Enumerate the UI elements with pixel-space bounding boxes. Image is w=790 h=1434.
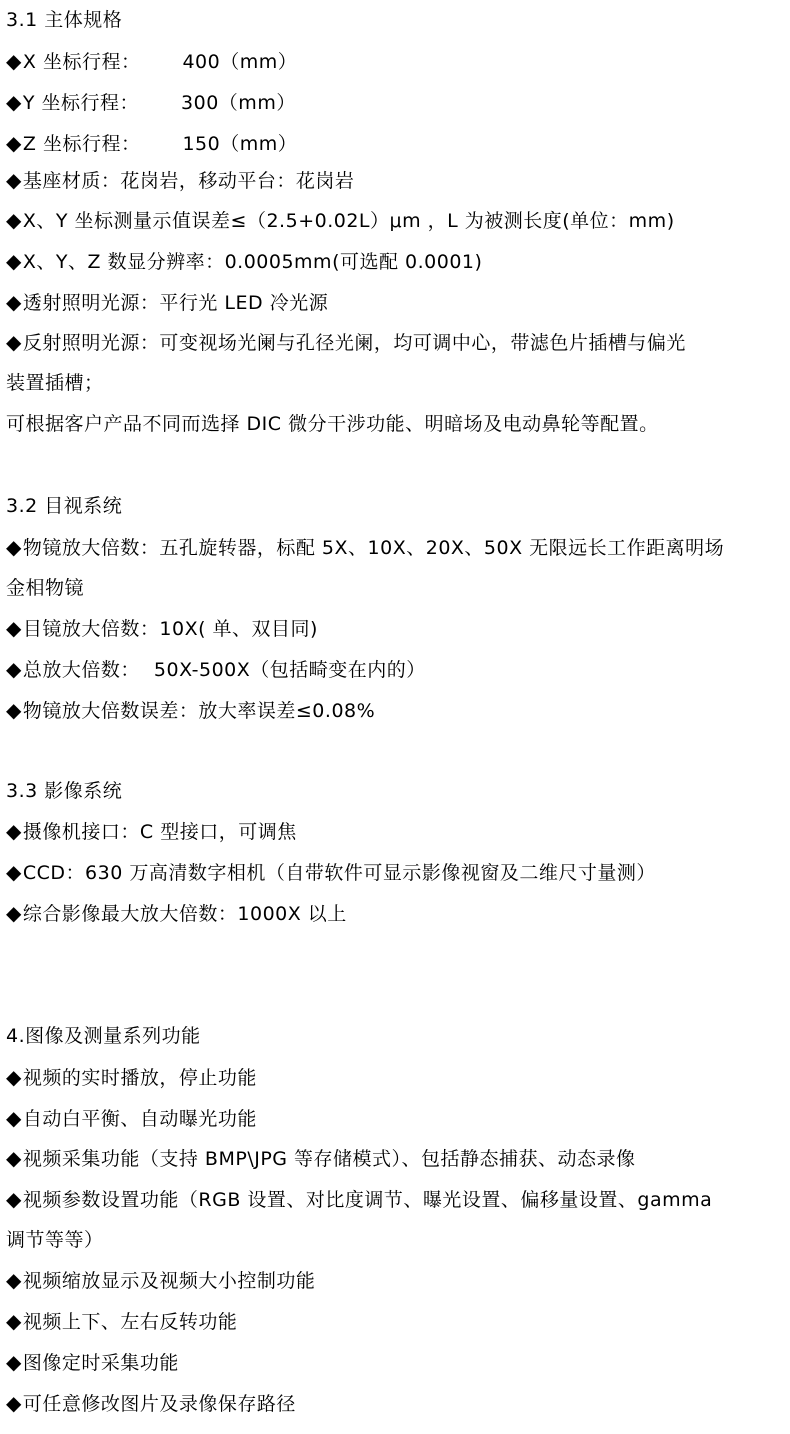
- feature-text: 图像定时采集功能: [23, 1352, 179, 1374]
- diamond-bullet-icon: ◆: [6, 88, 22, 116]
- diamond-bullet-icon: ◆: [6, 166, 22, 194]
- diamond-bullet-icon: ◆: [6, 533, 22, 561]
- feature-item-video-parameters-continuation: 调节等等）: [6, 1226, 104, 1254]
- feature-item-live-playback: ◆视频的实时播放，停止功能: [6, 1063, 257, 1091]
- spec-text: 目镜放大倍数：10X( 单、双目同): [23, 618, 318, 640]
- spec-item-eyepiece-magnification: ◆目镜放大倍数：10X( 单、双目同): [6, 614, 318, 642]
- spec-item-resolution: ◆X、Y、Z 数显分辨率：0.0005mm(可选配 0.0001): [6, 247, 482, 275]
- spec-text: X、Y、Z 数显分辨率：0.0005mm(可选配 0.0001): [23, 251, 483, 273]
- section-title-3-3: 3.3 影像系统: [6, 777, 122, 805]
- feature-item-video-flip: ◆视频上下、左右反转功能: [6, 1307, 237, 1335]
- spec-item-x-travel: ◆X 坐标行程：400（mm）: [6, 47, 297, 75]
- spec-text: 反射照明光源：可变视场光阑与孔径光阑，均可调中心，带滤色片插槽与偏光: [23, 332, 686, 354]
- spec-item-reflected-light: ◆反射照明光源：可变视场光阑与孔径光阑，均可调中心，带滤色片插槽与偏光: [6, 328, 686, 356]
- section-note-3-1: 可根据客户产品不同而选择 DIC 微分干涉功能、明暗场及电动鼻轮等配置。: [6, 410, 659, 438]
- spec-value: 150（mm）: [182, 133, 297, 155]
- feature-text: 视频上下、左右反转功能: [23, 1311, 238, 1333]
- spec-text: 透射照明光源：平行光 LED 冷光源: [23, 292, 328, 314]
- section-title-4: 4.图像及测量系列功能: [6, 1022, 201, 1050]
- feature-text: 视频参数设置功能（RGB 设置、对比度调节、曝光设置、偏移量设置、gamma: [23, 1189, 712, 1211]
- diamond-bullet-icon: ◆: [6, 1389, 22, 1417]
- spec-label: Z 坐标行程：: [23, 133, 141, 155]
- spec-item-objective-magnification-continuation: 金相物镜: [6, 574, 84, 602]
- spec-item-z-travel: ◆Z 坐标行程：150（mm）: [6, 129, 297, 157]
- feature-text: 可任意修改图片及录像保存路径: [23, 1393, 296, 1415]
- spec-item-base-material: ◆基座材质：花岗岩，移动平台：花岗岩: [6, 166, 354, 194]
- feature-text: 自动白平衡、自动曝光功能: [23, 1108, 257, 1130]
- spec-item-total-magnification: ◆总放大倍数：50X-500X（包括畸变在内的）: [6, 655, 426, 683]
- diamond-bullet-icon: ◆: [6, 1185, 22, 1213]
- diamond-bullet-icon: ◆: [6, 129, 22, 157]
- spec-item-ccd: ◆CCD：630 万高清数字相机（自带软件可显示影像视窗及二维尺寸量测）: [6, 858, 656, 886]
- spec-item-magnification-error: ◆物镜放大倍数误差：放大率误差≤0.08%: [6, 696, 375, 724]
- spec-item-objective-magnification: ◆物镜放大倍数：五孔旋转器，标配 5X、10X、20X、50X 无限远长工作距离…: [6, 533, 724, 561]
- feature-item-video-capture: ◆视频采集功能（支持 BMP\JPG 等存储模式）、包括静态捕获、动态录像: [6, 1144, 636, 1172]
- feature-text: 视频采集功能（支持 BMP\JPG 等存储模式）、包括静态捕获、动态录像: [23, 1148, 636, 1170]
- diamond-bullet-icon: ◆: [6, 247, 22, 275]
- diamond-bullet-icon: ◆: [6, 817, 22, 845]
- spec-text: X、Y 坐标测量示值误差≤（2.5+0.02L）μm ，L 为被测长度(单位：m…: [23, 210, 675, 232]
- diamond-bullet-icon: ◆: [6, 288, 22, 316]
- diamond-bullet-icon: ◆: [6, 1144, 22, 1172]
- spec-label: 总放大倍数：: [23, 659, 140, 681]
- feature-item-auto-white-balance: ◆自动白平衡、自动曝光功能: [6, 1104, 257, 1132]
- diamond-bullet-icon: ◆: [6, 696, 22, 724]
- spec-text: 物镜放大倍数：五孔旋转器，标配 5X、10X、20X、50X 无限远长工作距离明…: [23, 537, 724, 559]
- feature-item-timed-capture: ◆图像定时采集功能: [6, 1348, 179, 1376]
- spec-value: 400（mm）: [182, 51, 297, 73]
- feature-text: 视频的实时播放，停止功能: [23, 1067, 257, 1089]
- spec-text: 综合影像最大放大倍数：1000X 以上: [23, 903, 347, 925]
- spec-item-xy-error: ◆X、Y 坐标测量示值误差≤（2.5+0.02L）μm ，L 为被测长度(单位：…: [6, 206, 675, 234]
- diamond-bullet-icon: ◆: [6, 614, 22, 642]
- spec-label: X 坐标行程：: [23, 51, 141, 73]
- diamond-bullet-icon: ◆: [6, 1063, 22, 1091]
- spec-text: 物镜放大倍数误差：放大率误差≤0.08%: [23, 700, 375, 722]
- feature-item-video-zoom: ◆视频缩放显示及视频大小控制功能: [6, 1266, 315, 1294]
- diamond-bullet-icon: ◆: [6, 328, 22, 356]
- feature-text: 视频缩放显示及视频大小控制功能: [23, 1270, 316, 1292]
- diamond-bullet-icon: ◆: [6, 1266, 22, 1294]
- diamond-bullet-icon: ◆: [6, 655, 22, 683]
- spec-item-reflected-light-continuation: 装置插槽；: [6, 369, 104, 397]
- section-title-3-2: 3.2 目视系统: [6, 492, 122, 520]
- spec-value: 300（mm）: [181, 92, 296, 114]
- diamond-bullet-icon: ◆: [6, 1348, 22, 1376]
- feature-item-video-parameters: ◆视频参数设置功能（RGB 设置、对比度调节、曝光设置、偏移量设置、gamma: [6, 1185, 712, 1213]
- spec-item-max-image-magnification: ◆综合影像最大放大倍数：1000X 以上: [6, 899, 347, 927]
- diamond-bullet-icon: ◆: [6, 858, 22, 886]
- spec-label: Y 坐标行程：: [23, 92, 139, 114]
- spec-text: 基座材质：花岗岩，移动平台：花岗岩: [23, 170, 355, 192]
- section-title-3-1: 3.1 主体规格: [6, 6, 122, 34]
- diamond-bullet-icon: ◆: [6, 206, 22, 234]
- spec-item-transmitted-light: ◆透射照明光源：平行光 LED 冷光源: [6, 288, 328, 316]
- spec-text: CCD：630 万高清数字相机（自带软件可显示影像视窗及二维尺寸量测）: [23, 862, 656, 884]
- spec-text: 摄像机接口：C 型接口，可调焦: [23, 821, 297, 843]
- diamond-bullet-icon: ◆: [6, 47, 22, 75]
- diamond-bullet-icon: ◆: [6, 1307, 22, 1335]
- spec-value: 50X-500X（包括畸变在内的）: [154, 659, 426, 681]
- diamond-bullet-icon: ◆: [6, 899, 22, 927]
- feature-item-save-path: ◆可任意修改图片及录像保存路径: [6, 1389, 296, 1417]
- spec-item-y-travel: ◆Y 坐标行程：300（mm）: [6, 88, 296, 116]
- spec-item-camera-interface: ◆摄像机接口：C 型接口，可调焦: [6, 817, 297, 845]
- diamond-bullet-icon: ◆: [6, 1104, 22, 1132]
